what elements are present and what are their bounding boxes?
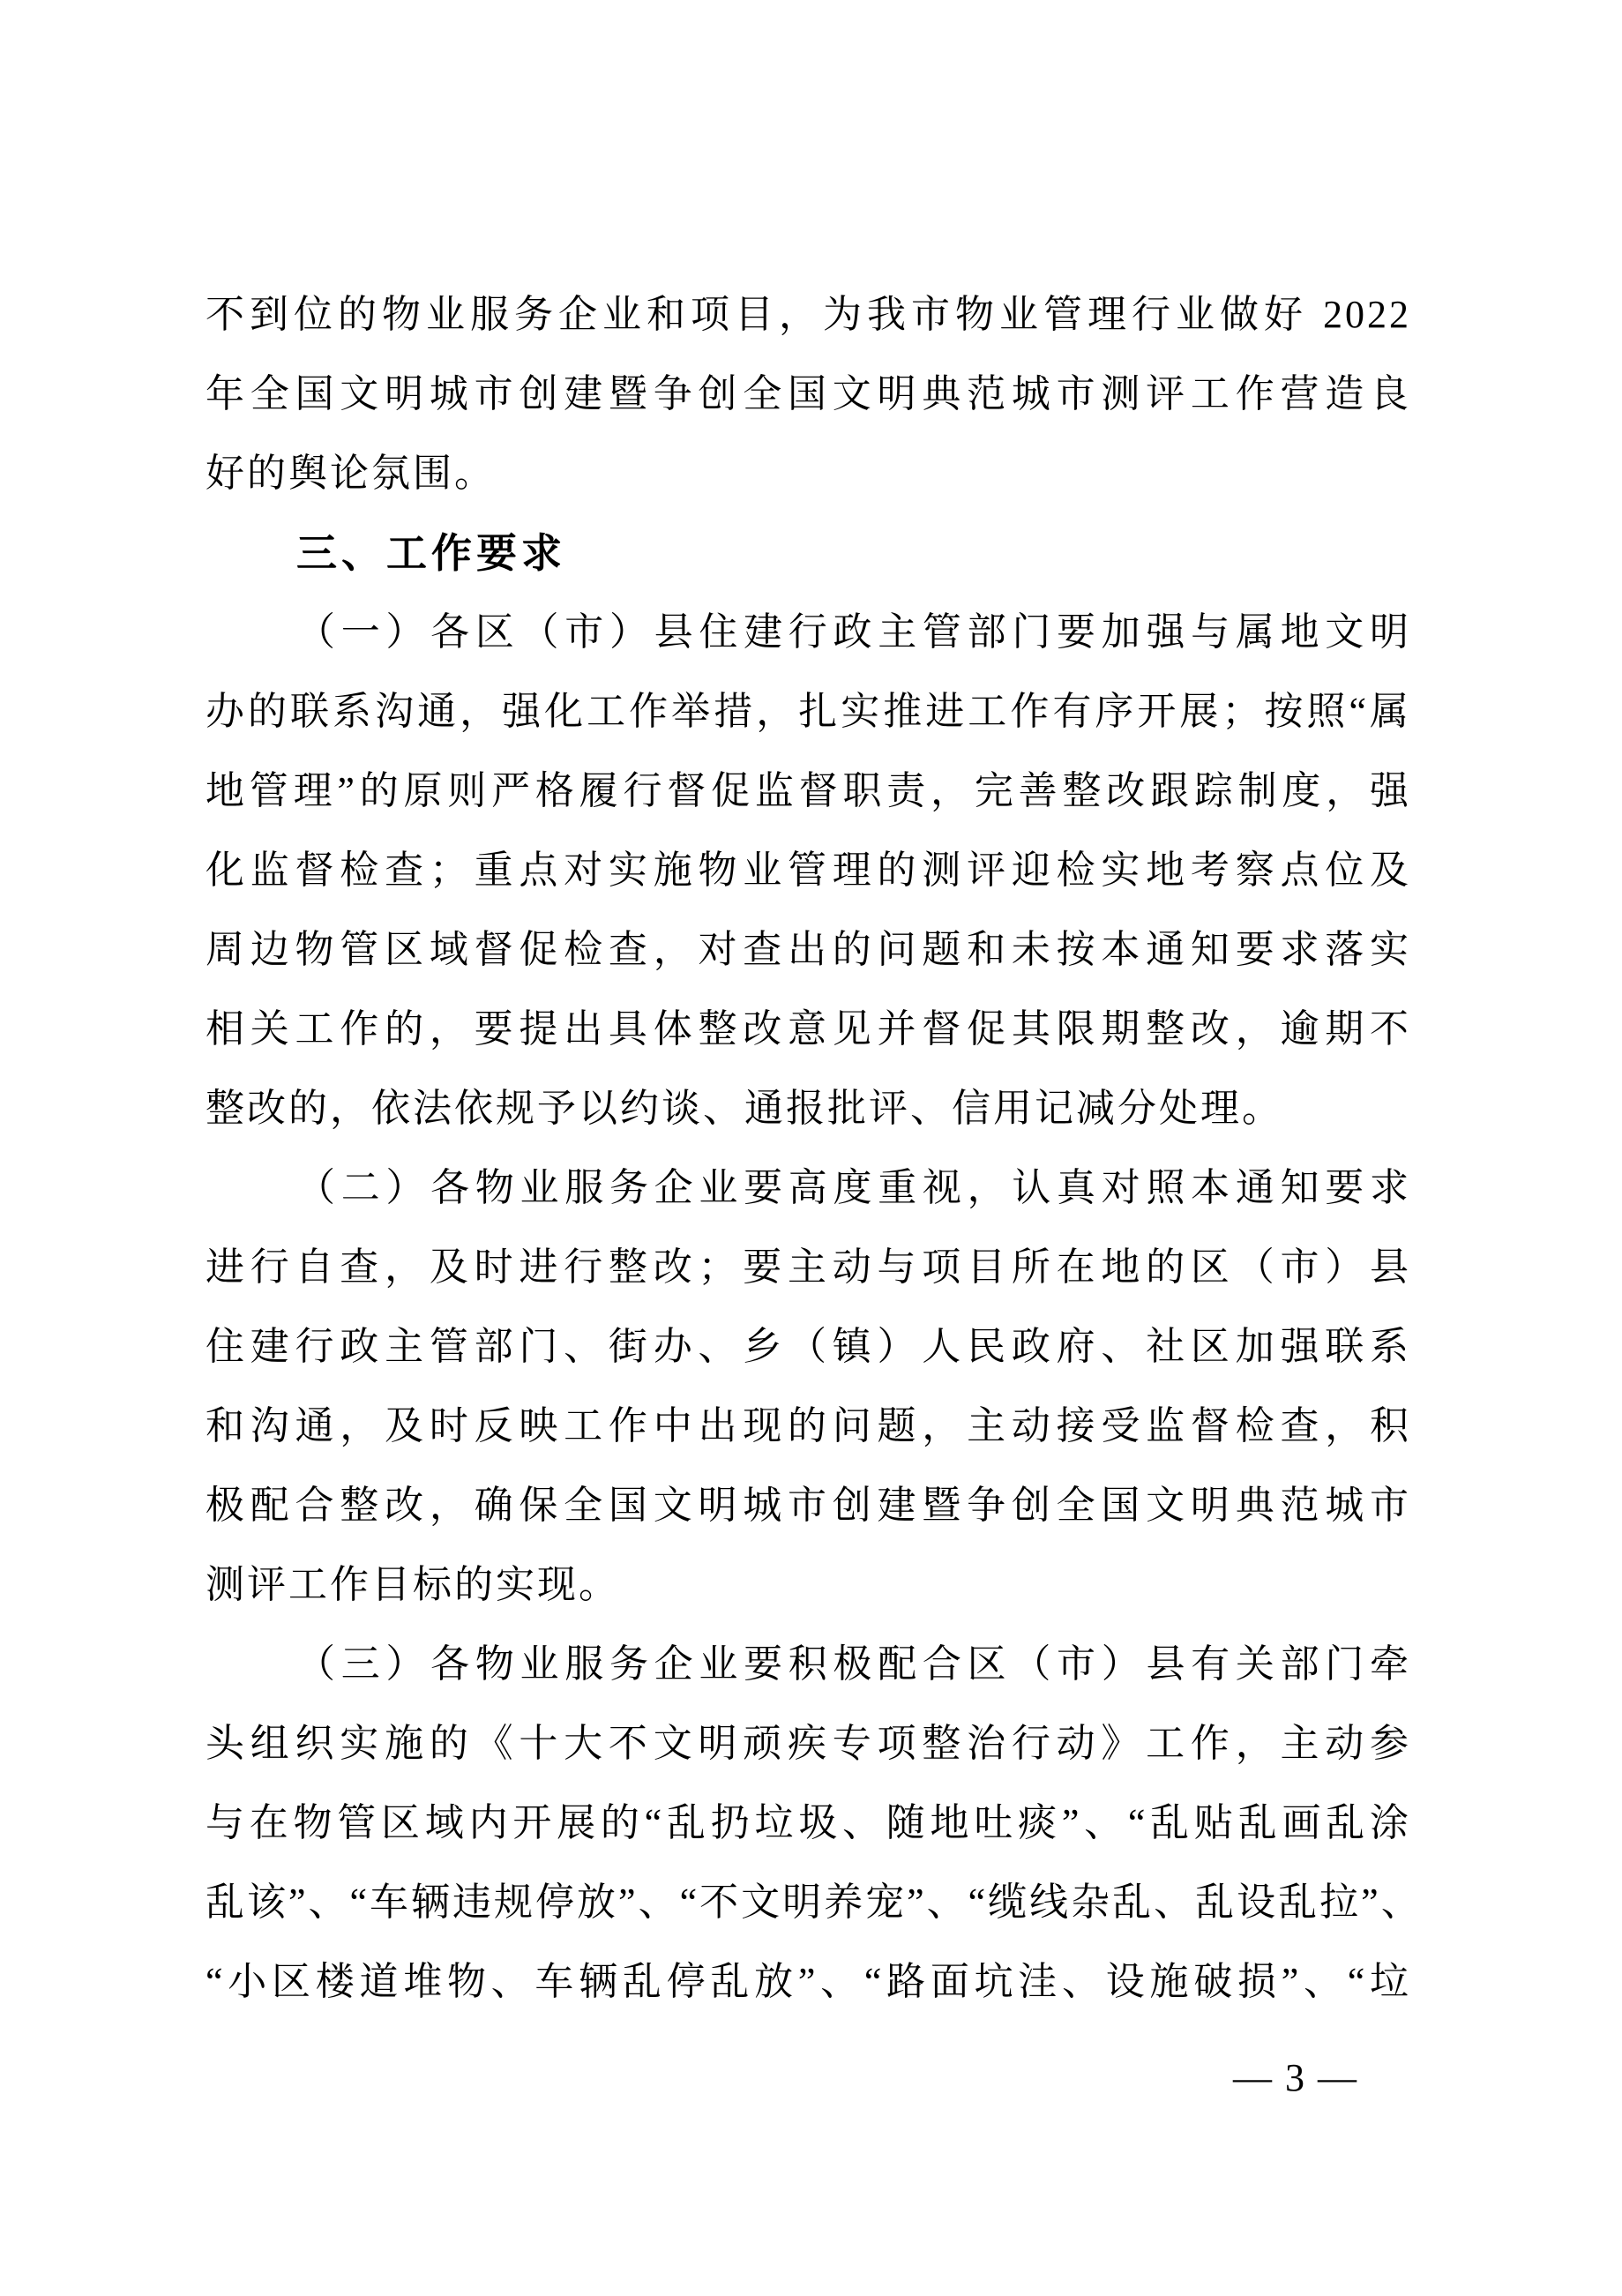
- body-line: 进行自查，及时进行整改；要主动与项目所在地的区（市）县: [206, 1228, 1411, 1307]
- body-line: 化监督检查；重点对实施物业管理的测评迎检实地考察点位及: [206, 831, 1411, 910]
- body-line: 和沟通，及时反映工作中出现的问题，主动接受监督检查，积: [206, 1387, 1411, 1466]
- body-line: 相关工作的，要提出具体整改意见并督促其限期整改，逾期不: [206, 990, 1411, 1069]
- body-line: 头组织实施的《十大不文明顽疾专项整治行动》工作，主动参: [206, 1704, 1411, 1784]
- body-line: 极配合整改，确保全国文明城市创建暨争创全国文明典范城市: [206, 1466, 1411, 1545]
- body-line: 地管理”的原则严格履行督促监督职责，完善整改跟踪制度，强: [206, 752, 1411, 831]
- paragraph-first-line: （二）各物业服务企业要高度重视，认真对照本通知要求: [206, 1148, 1411, 1228]
- body-line: 周边物管区域督促检查，对查出的问题和未按本通知要求落实: [206, 910, 1411, 990]
- paragraph-end-line: 好的舆论氛围。: [206, 434, 1411, 513]
- paragraph-end-line: 测评工作目标的实现。: [206, 1545, 1411, 1625]
- page-number: — 3 —: [1233, 2055, 1358, 2100]
- body-line: 年全国文明城市创建暨争创全国文明典范城市测评工作营造良: [206, 355, 1411, 434]
- document-page: 不到位的物业服务企业和项目，为我市物业管理行业做好 2022 年全国文明城市创建…: [0, 0, 1622, 2296]
- document-body: 不到位的物业服务企业和项目，为我市物业管理行业做好 2022 年全国文明城市创建…: [206, 275, 1411, 2022]
- body-line: “小区楼道堆物、车辆乱停乱放”、“路面坑洼、设施破损”、“垃: [206, 1942, 1411, 2022]
- body-line: 与在物管区域内开展的“乱扔垃圾、随地吐痰”、“乱贴乱画乱涂: [206, 1784, 1411, 1863]
- body-line: 住建行政主管部门、街办、乡（镇）人民政府、社区加强联系: [206, 1307, 1411, 1387]
- section-heading: 三、工作要求: [206, 513, 1411, 593]
- paragraph-end-line: 整改的，依法依规予以约谈、通报批评、信用记减分处理。: [206, 1069, 1411, 1148]
- body-line: 不到位的物业服务企业和项目，为我市物业管理行业做好 2022: [206, 275, 1411, 355]
- paragraph-first-line: （一）各区（市）县住建行政主管部门要加强与属地文明: [206, 593, 1411, 672]
- body-line: 乱该”、“车辆违规停放”、“不文明养宠”、“缆线杂乱、乱设乱拉”、: [206, 1863, 1411, 1942]
- paragraph-first-line: （三）各物业服务企业要积极配合区（市）县有关部门牵: [206, 1625, 1411, 1704]
- body-line: 办的联系沟通，强化工作举措，扎实推进工作有序开展；按照“属: [206, 672, 1411, 752]
